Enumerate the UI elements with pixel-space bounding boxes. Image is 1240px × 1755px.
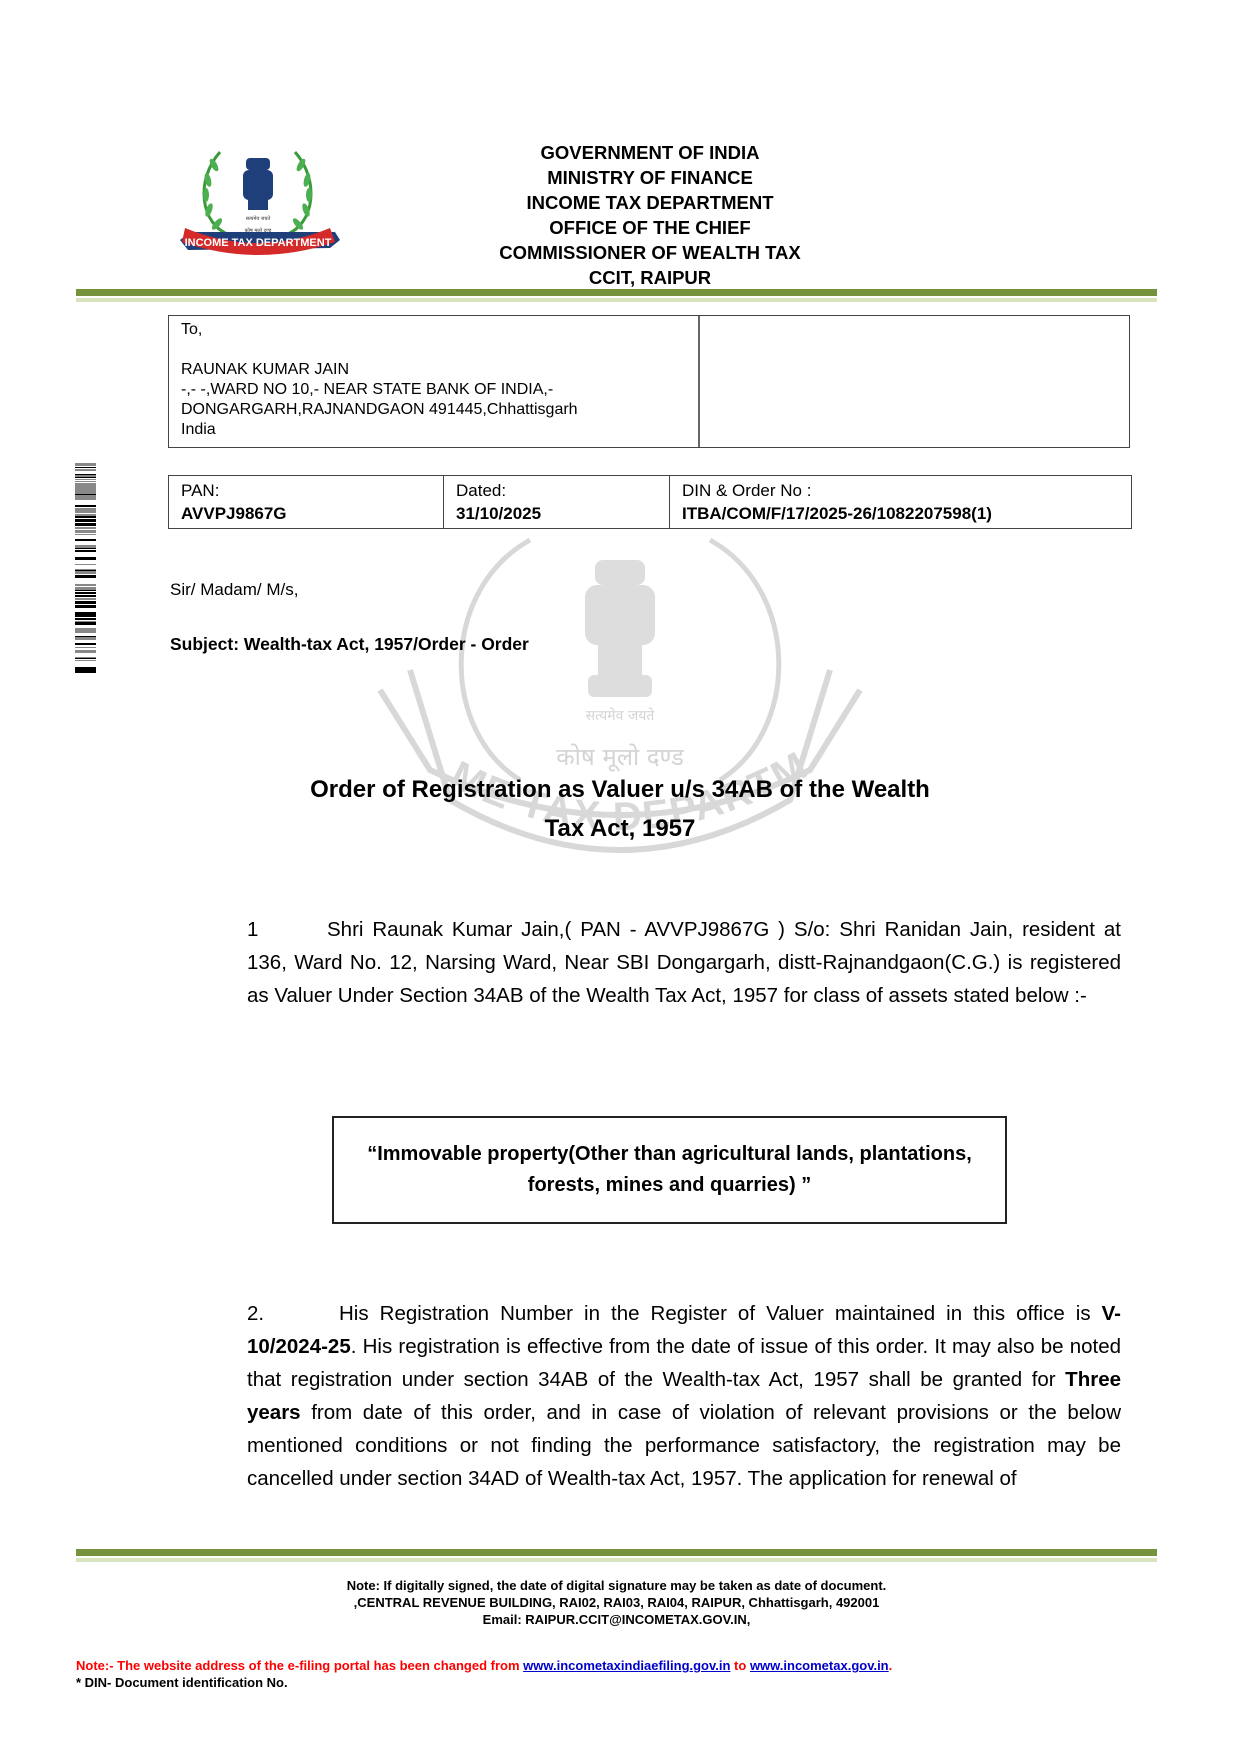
svg-text:सत्यमेव जयते: सत्यमेव जयते xyxy=(586,707,656,724)
addressee-cell: To, RAUNAK KUMAR JAIN -,- -,WARD NO 10,-… xyxy=(169,316,700,447)
header-line-department: INCOME TAX DEPARTMENT xyxy=(440,190,860,215)
to-label: To, xyxy=(181,320,686,340)
pan-cell: PAN: AVVPJ9867G xyxy=(169,476,443,528)
order-title-line1: Order of Registration as Valuer u/s 34AB… xyxy=(260,770,980,809)
footer-signature-note: Note: If digitally signed, the date of d… xyxy=(76,1577,1157,1594)
header-line-ministry: MINISTRY OF FINANCE xyxy=(440,165,860,190)
header-divider xyxy=(76,289,1157,302)
footer-divider xyxy=(76,1549,1157,1562)
subject-line: Subject: Wealth-tax Act, 1957/Order - Or… xyxy=(170,634,529,655)
dated-value: 31/10/2025 xyxy=(456,502,657,525)
header-line-ccit: CCIT, RAIPUR xyxy=(440,265,860,290)
footer-office-info: Note: If digitally signed, the date of d… xyxy=(76,1577,1157,1628)
addressee-address-line1: -,- -,WARD NO 10,- NEAR STATE BANK OF IN… xyxy=(181,380,686,400)
asset-class-box: “Immovable property(Other than agricultu… xyxy=(332,1116,1007,1224)
footer-email: Email: RAIPUR.CCIT@INCOMETAX.GOV.IN, xyxy=(76,1611,1157,1628)
old-portal-link[interactable]: www.incometaxindiaefiling.gov.in xyxy=(523,1658,730,1673)
din-cell: DIN & Order No : ITBA/COM/F/17/2025-26/1… xyxy=(669,476,1131,528)
order-title: Order of Registration as Valuer u/s 34AB… xyxy=(260,770,980,848)
header-line-commissioner: COMMISSIONER OF WEALTH TAX xyxy=(440,240,860,265)
portal-note-to: to xyxy=(730,1658,750,1673)
income-tax-department-logo: सत्यमेव जयते कोष मूलो दण्ड INCOME TAX DE… xyxy=(170,140,345,265)
paragraph-2-text-part2: . His registration is effective from the… xyxy=(247,1335,1121,1391)
addressee-table: To, RAUNAK KUMAR JAIN -,- -,WARD NO 10,-… xyxy=(168,315,1130,448)
din-definition-note: * DIN- Document identification No. xyxy=(76,1674,1157,1691)
din-label: DIN & Order No : xyxy=(682,479,1119,502)
paragraph-2-text-part3: from date of this order, and in case of … xyxy=(247,1401,1121,1490)
pan-label: PAN: xyxy=(181,479,431,502)
footer-address: ,CENTRAL REVENUE BUILDING, RAI02, RAI03,… xyxy=(76,1594,1157,1611)
new-portal-link[interactable]: www.incometax.gov.in xyxy=(750,1658,889,1673)
salutation: Sir/ Madam/ M/s, xyxy=(170,580,298,600)
footer-portal-note: Note:- The website address of the e-fili… xyxy=(76,1657,1157,1691)
paragraph-1-text: Shri Raunak Kumar Jain,( PAN - AVVPJ9867… xyxy=(247,918,1121,1007)
addressee-address-line3: India xyxy=(181,420,686,440)
header-line-government: GOVERNMENT OF INDIA xyxy=(440,140,860,165)
asset-class-text: “Immovable property(Other than agricultu… xyxy=(364,1139,975,1201)
pan-value: AVVPJ9867G xyxy=(181,502,431,525)
dated-cell: Dated: 31/10/2025 xyxy=(443,476,669,528)
din-value: ITBA/COM/F/17/2025-26/1082207598(1) xyxy=(682,502,1119,525)
document-barcode xyxy=(75,463,96,673)
dated-label: Dated: xyxy=(456,479,657,502)
addressee-address-line2: DONGARGARH,RAJNANDGAON 491445,Chhattisga… xyxy=(181,400,686,420)
order-details-table: PAN: AVVPJ9867G Dated: 31/10/2025 DIN & … xyxy=(168,475,1132,529)
paragraph-2: 2.His Registration Number in the Registe… xyxy=(247,1297,1121,1495)
portal-note-end: . xyxy=(889,1658,893,1673)
svg-text:सत्यमेव जयते: सत्यमेव जयते xyxy=(246,215,271,222)
order-title-line2: Tax Act, 1957 xyxy=(260,809,980,848)
paragraph-1-number: 1 xyxy=(247,913,327,946)
svg-text:कोष मूलो दण्ड: कोष मूलो दण्ड xyxy=(556,743,685,772)
paragraph-2-text-part1: His Registration Number in the Register … xyxy=(339,1302,1102,1325)
paragraph-2-number: 2. xyxy=(247,1297,339,1330)
svg-text:INCOME TAX DEPARTMENT: INCOME TAX DEPARTMENT xyxy=(185,237,332,249)
header-line-office: OFFICE OF THE CHIEF xyxy=(440,215,860,240)
office-header: GOVERNMENT OF INDIA MINISTRY OF FINANCE … xyxy=(440,140,860,290)
paragraph-1: 1Shri Raunak Kumar Jain,( PAN - AVVPJ986… xyxy=(247,913,1121,1012)
addressee-name: RAUNAK KUMAR JAIN xyxy=(181,360,686,380)
empty-cell xyxy=(700,316,1129,447)
portal-change-note: Note:- The website address of the e-fili… xyxy=(76,1658,523,1673)
